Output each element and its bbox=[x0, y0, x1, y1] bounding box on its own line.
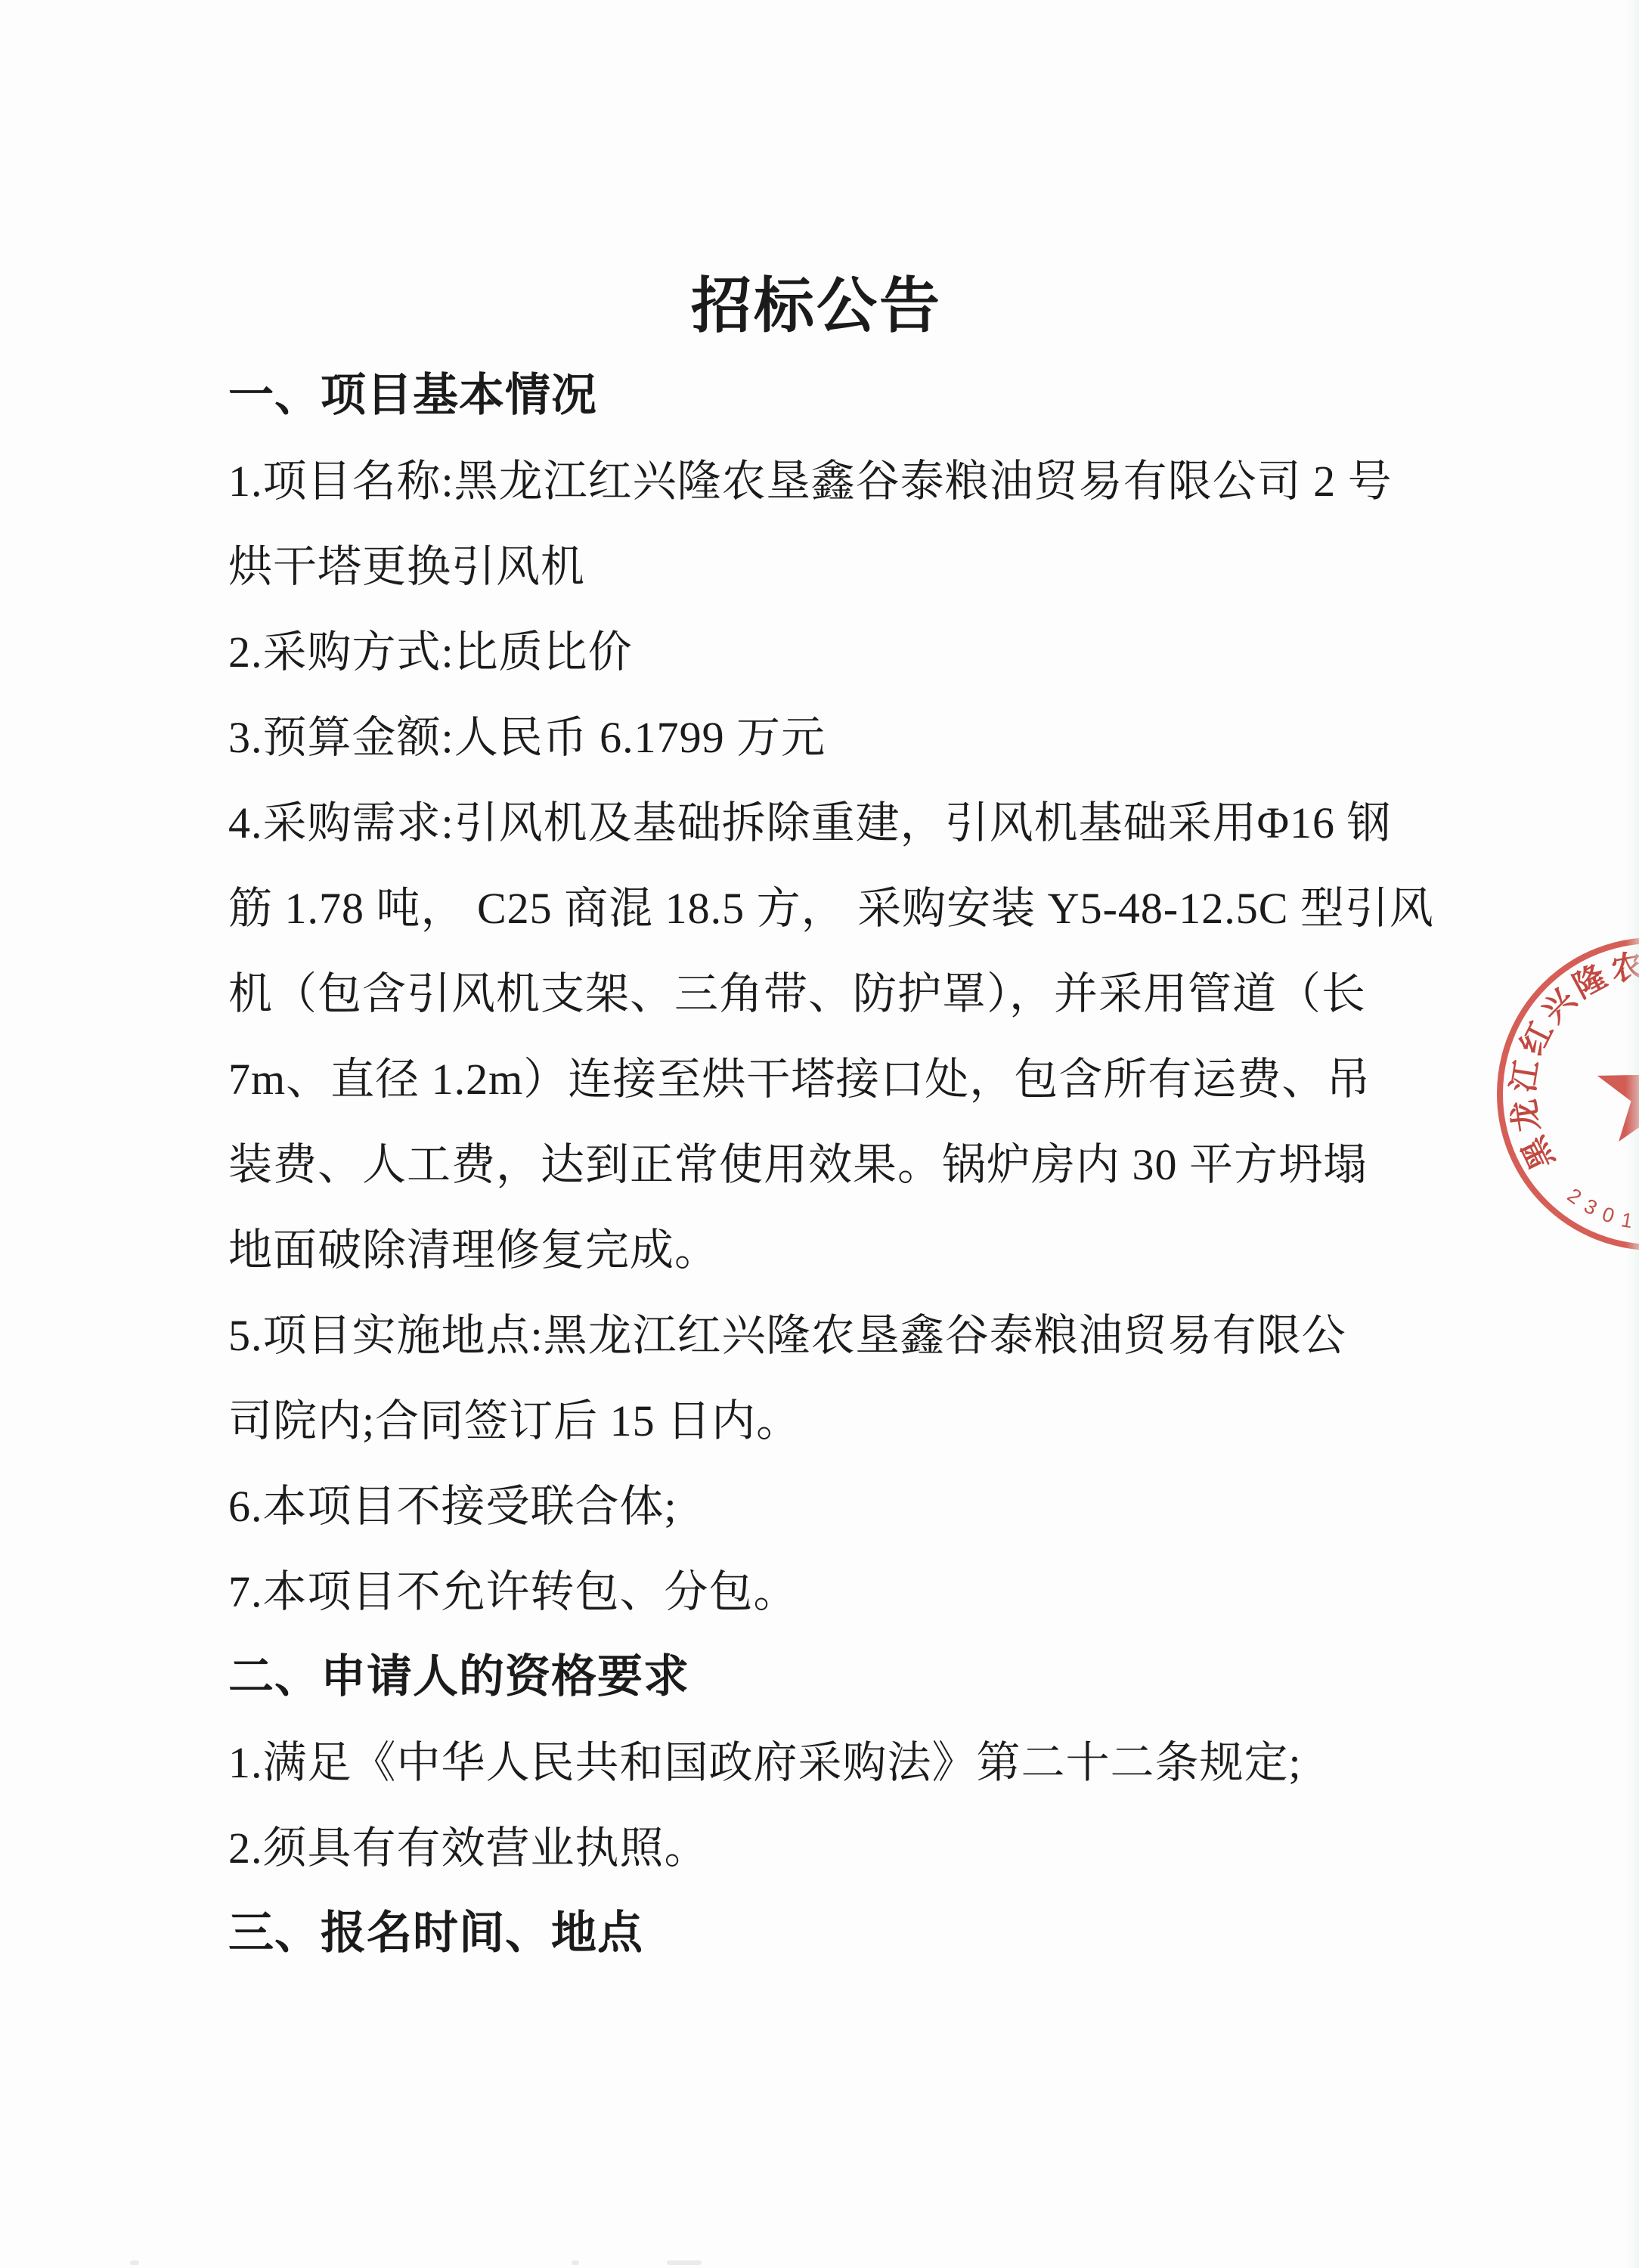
scan-artifact bbox=[572, 2260, 579, 2265]
body-text-line: 2.须具有有效营业执照。 bbox=[228, 1805, 1427, 1891]
body-text-line: 司院内;合同签订后 15 日内。 bbox=[228, 1378, 1427, 1464]
body-text-line: 7m、直径 1.2m）连接至烘干塔接口处，包含所有运费、吊 bbox=[228, 1036, 1427, 1122]
body-text-line: 7.本项目不允许转包、分包。 bbox=[228, 1549, 1427, 1634]
scanned-document-page: 招标公告 一、项目基本情况1.项目名称:黑龙江红兴隆农垦鑫谷泰粮油贸易有限公司 … bbox=[0, 0, 1639, 2268]
scan-artifact bbox=[667, 2260, 702, 2265]
body-text-line: 6.本项目不接受联合体; bbox=[228, 1464, 1427, 1549]
body-text-line: 3.预算金额:人民币 6.1799 万元 bbox=[228, 695, 1427, 780]
body-text-line: 装费、人工费，达到正常使用效果。锅炉房内 30 平方坍塌 bbox=[228, 1122, 1427, 1207]
body-text-line: 4.采购需求:引风机及基础拆除重建，引风机基础采用Φ16 钢 bbox=[228, 780, 1427, 866]
star-icon bbox=[1597, 1035, 1639, 1142]
body-text-line: 地面破除清理修复完成。 bbox=[228, 1207, 1427, 1293]
body-text-line: 筋 1.78 吨， C25 商混 18.5 方， 采购安装 Y5-48-12.5… bbox=[228, 866, 1427, 951]
body-text-line: 1.项目名称:黑龙江红兴隆农垦鑫谷泰粮油贸易有限公司 2 号 bbox=[228, 438, 1427, 524]
company-seal-stamp: 黑龙江红兴隆农垦鑫谷泰粮油贸易有限公司 230159 bbox=[1493, 934, 1639, 1254]
body-text-line: 烘干塔更换引风机 bbox=[228, 524, 1427, 609]
body-text-line: 5.项目实施地点:黑龙江红兴隆农垦鑫谷泰粮油贸易有限公 bbox=[228, 1293, 1427, 1378]
section-heading: 二、申请人的资格要求 bbox=[228, 1634, 1427, 1720]
body-text-line: 2.采购方式:比质比价 bbox=[228, 609, 1427, 695]
document-body: 一、项目基本情况1.项目名称:黑龙江红兴隆农垦鑫谷泰粮油贸易有限公司 2 号烘干… bbox=[228, 353, 1427, 1976]
section-heading: 三、报名时间、地点 bbox=[228, 1891, 1427, 1976]
body-text-line: 机（包含引风机支架、三角带、防护罩），并采用管道（长 bbox=[228, 951, 1427, 1036]
scan-artifact bbox=[130, 2260, 139, 2265]
section-heading: 一、项目基本情况 bbox=[228, 353, 1427, 438]
body-text-line: 1.满足《中华人民共和国政府采购法》第二十二条规定; bbox=[228, 1720, 1427, 1805]
document-title: 招标公告 bbox=[227, 265, 1406, 349]
